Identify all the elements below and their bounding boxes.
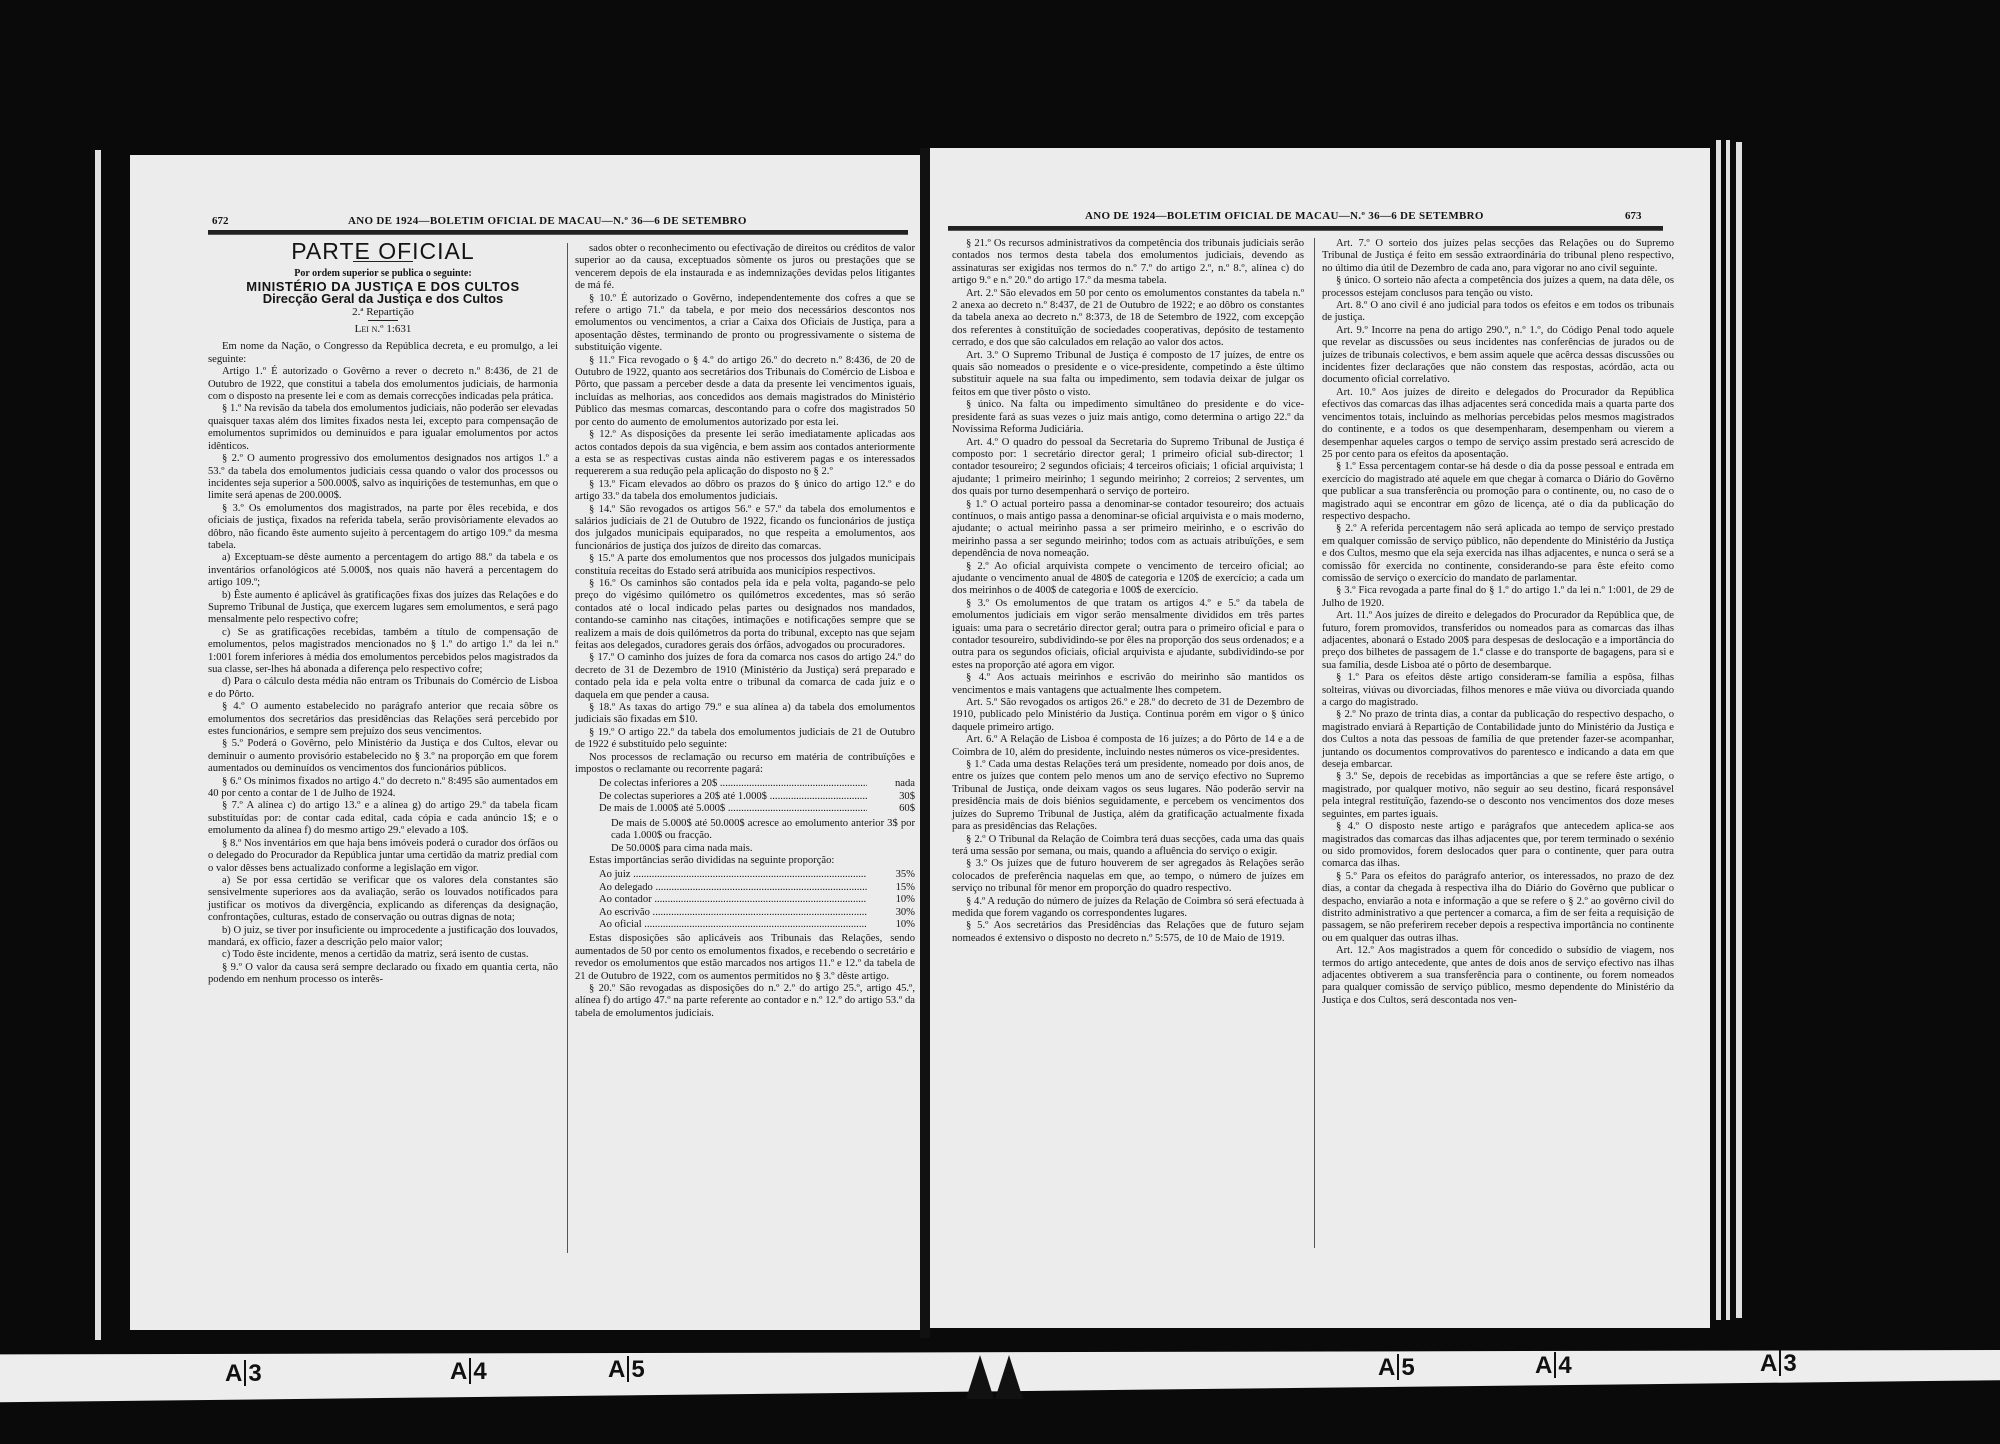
- paragraph: § 8.º Nos inventários em que haja bens i…: [208, 838, 558, 875]
- film-notch-left: [966, 1355, 994, 1399]
- row-label: Ao delegado: [599, 882, 867, 894]
- row-value: 30$: [867, 791, 915, 803]
- paragraph: § 14.º São revogados os artigos 56.º e 5…: [575, 504, 915, 554]
- paragraph: Art. 8.º O ano civil é ano judicial para…: [1322, 300, 1674, 325]
- paragraph: b) Êste aumento é aplicável às gratifica…: [208, 590, 558, 627]
- paragraph: § 3.º Os emolumentos dos magistrados, na…: [208, 503, 558, 553]
- paragraph: § 5.º Para os efeitos do parágrafo anter…: [1322, 871, 1674, 945]
- paragraph: Art. 10.º Aos juízes de direito e delega…: [1322, 387, 1674, 461]
- paragraph: Art. 5.º São revogados os artigos 26.º e…: [952, 697, 1304, 734]
- paragraph: Artigo 1.º É autorizado o Govêrno a reve…: [208, 366, 558, 403]
- paragraph: Art. 11.º Aos juízes de direito e delega…: [1322, 610, 1674, 672]
- department-separator: [368, 320, 398, 321]
- paragraph-list: § 21.º Os recursos administrativos da co…: [952, 238, 1304, 945]
- paragraph: § 4.º O disposto neste artigo e parágraf…: [1322, 821, 1674, 871]
- paragraph: § 7.º A alínea c) do artigo 13.º e a alí…: [208, 800, 558, 837]
- paragraph: c) Se as gratificações recebidas, também…: [208, 627, 558, 677]
- frame-marker: A5: [1378, 1354, 1415, 1382]
- paragraph: § 16.º Os caminhos são contados pela ida…: [575, 578, 915, 652]
- paragraph: Art. 9.º Incorre na pena do artigo 290.º…: [1322, 325, 1674, 387]
- paragraph: Art. 6.º A Relação de Lisboa é composta …: [952, 734, 1304, 759]
- paragraph: § 2.º No prazo de trinta dias, a contar …: [1322, 709, 1674, 771]
- left-column-1: PARTE OFICIAL Por ordem superior se publ…: [208, 243, 558, 987]
- header-rule: [208, 230, 908, 235]
- row-label: De colectas inferiores a 20$: [599, 778, 867, 790]
- paragraph: Em nome da Nação, o Congresso da Repúbli…: [208, 341, 558, 366]
- paragraph: § 6.º Os mínimos fixados no artigo 4.º d…: [208, 776, 558, 801]
- paragraph: De mais de 5.000$ até 50.000$ acresce ao…: [575, 818, 915, 843]
- paragraph: § 19.º O artigo 22.º da tabela dos emolu…: [575, 727, 915, 752]
- paragraph: § 2.º Ao oficial arquivista compete o ve…: [952, 561, 1304, 598]
- paragraph: § 18.º As taxas do artigo 79.º e sua alí…: [575, 702, 915, 727]
- table-row: Ao delegado15%: [599, 882, 915, 894]
- film-notch-right: [995, 1355, 1023, 1399]
- table-row: Ao oficial10%: [599, 919, 915, 931]
- paragraph: § 20.º São revogadas as disposições do n…: [575, 983, 915, 1020]
- frame-marker: A3: [225, 1360, 262, 1388]
- split-table: Ao juiz35%Ao delegado15%Ao contador10%Ao…: [599, 869, 915, 931]
- paragraph: Art. 3.º O Supremo Tribunal de Justiça é…: [952, 350, 1304, 400]
- column-rule: [567, 243, 568, 1253]
- table-row: De colectas superiores a 20$ até 1.000$3…: [599, 791, 915, 803]
- paragraph: § 21.º Os recursos administrativos da co…: [952, 238, 1304, 288]
- frame-marker: A4: [1535, 1352, 1572, 1380]
- paragraph: § 12.º As disposições da presente lei se…: [575, 429, 915, 479]
- right-page: ANO DE 1924—BOLETIM OFICIAL DE MACAU—N.º…: [930, 148, 1710, 1328]
- paragraph: § 17.º O caminho dos juízes de fora da c…: [575, 652, 915, 702]
- header-rule: [948, 226, 1663, 231]
- section-title: PARTE OFICIAL: [208, 245, 558, 257]
- paragraph: § 3.º Os emolumentos de que tratam os ar…: [952, 598, 1304, 672]
- book-edge-right-1: [1716, 140, 1721, 1320]
- paragraph: § 9.º O valor da causa será sempre decla…: [208, 962, 558, 987]
- book-edge-right-2: [1726, 140, 1730, 1320]
- row-value: 10%: [867, 919, 915, 931]
- law-number: Lei n.º 1:631: [208, 323, 558, 335]
- paragraph: § 2.º A referida percentagem não será ap…: [1322, 523, 1674, 585]
- row-label: Ao juiz: [599, 869, 867, 881]
- page-number: 672: [212, 215, 229, 227]
- paragraph: § 13.º Ficam elevados ao dôbro os prazos…: [575, 479, 915, 504]
- running-head: ANO DE 1924—BOLETIM OFICIAL DE MACAU—N.º…: [348, 215, 747, 227]
- paragraph: b) O juiz, se tiver por insuficiente ou …: [208, 925, 558, 950]
- row-value: 35%: [867, 869, 915, 881]
- paragraph: § 1.º Na revisão da tabela dos emolument…: [208, 403, 558, 453]
- table-row: De mais de 1.000$ até 5.000$60$: [599, 803, 915, 815]
- paragraph: § 4.º Aos actuais meirinhos e escrivão d…: [952, 672, 1304, 697]
- fee-table: De colectas inferiores a 20$nadaDe colec…: [599, 778, 915, 815]
- frame-marker: A4: [450, 1358, 487, 1386]
- paragraph: Art. 4.º O quadro do pessoal da Secretar…: [952, 437, 1304, 499]
- paragraph: § 1.º O actual porteiro passa a denomina…: [952, 499, 1304, 561]
- paragraph: § 1.º Para os efeitos dêste artigo consi…: [1322, 672, 1674, 709]
- department-heading: 2.ª Repartição: [208, 306, 558, 318]
- row-label: Ao escrivão: [599, 907, 867, 919]
- paragraph: sados obter o reconhecimento ou efectiva…: [575, 243, 915, 293]
- left-page: 672 ANO DE 1924—BOLETIM OFICIAL DE MACAU…: [130, 155, 920, 1330]
- split-intro: Estas importâncias serão divididas na se…: [575, 855, 915, 867]
- row-value: 60$: [867, 803, 915, 815]
- paragraph: § 2.º O aumento progressivo dos emolumen…: [208, 453, 558, 503]
- paragraph: Art. 2.º São elevados em 50 por cento os…: [952, 288, 1304, 350]
- row-value: 30%: [867, 907, 915, 919]
- paragraph: § 15.º A parte dos emolumentos que nos p…: [575, 553, 915, 578]
- paragraph: § 10.º É autorizado o Govêrno, independe…: [575, 293, 915, 355]
- row-value: 10%: [867, 894, 915, 906]
- row-label: De colectas superiores a 20$ até 1.000$: [599, 791, 867, 803]
- paragraph-list: Estas disposições são aplicáveis aos Tri…: [575, 933, 915, 1020]
- paragraph: § 4.º O aumento estabelecido no parágraf…: [208, 701, 558, 738]
- book-edge-left: [95, 150, 101, 1340]
- paragraph: c) Todo êste incidente, menos a certidão…: [208, 949, 558, 961]
- paragraph: § único. O sorteio não afecta a competên…: [1322, 275, 1674, 300]
- paragraph: § 3.º Fica revogada a parte final do § 1…: [1322, 585, 1674, 610]
- row-value: 15%: [867, 882, 915, 894]
- paragraph: § 11.º Fica revogado o § 4.º do artigo 2…: [575, 355, 915, 429]
- page-number: 673: [1625, 210, 1642, 222]
- table-row: Ao contador10%: [599, 894, 915, 906]
- paragraph: a) Se por essa certidão se verificar que…: [208, 875, 558, 925]
- paragraph-list: Art. 7.º O sorteio dos juízes pelas secç…: [1322, 238, 1674, 1007]
- paragraph: § 3.º Se, depois de recebidas as importâ…: [1322, 771, 1674, 821]
- paragraph: § único. Na falta ou impedimento simultâ…: [952, 399, 1304, 436]
- frame-marker: A3: [1760, 1350, 1797, 1378]
- paragraph: § 5.º Poderá o Govêrno, pelo Ministério …: [208, 738, 558, 775]
- paragraph-list: Em nome da Nação, o Congresso da Repúbli…: [208, 341, 558, 986]
- row-label: Ao contador: [599, 894, 867, 906]
- frame-marker: A5: [608, 1356, 645, 1384]
- book-edge-right-3: [1736, 142, 1742, 1318]
- row-value: nada: [867, 778, 915, 790]
- running-head: ANO DE 1924—BOLETIM OFICIAL DE MACAU—N.º…: [1085, 210, 1484, 222]
- paragraph: § 4.º A redução do número de juízes da R…: [952, 896, 1304, 921]
- paragraph: De 50.000$ para cima nada mais.: [575, 843, 915, 855]
- table-row: Ao juiz35%: [599, 869, 915, 881]
- column-rule: [1314, 238, 1315, 1248]
- book-gutter: [920, 148, 930, 1338]
- paragraph: § 1.º Cada uma destas Relações terá um p…: [952, 759, 1304, 833]
- paragraph: Art. 7.º O sorteio dos juízes pelas secç…: [1322, 238, 1674, 275]
- paragraph: Estas disposições são aplicáveis aos Tri…: [575, 933, 915, 983]
- paragraph: § 2.º O Tribunal da Relação de Coimbra t…: [952, 834, 1304, 859]
- table-row: De colectas inferiores a 20$nada: [599, 778, 915, 790]
- paragraph: § 5.º Aos secretários das Presidências d…: [952, 920, 1304, 945]
- directorate-heading: Direcção Geral da Justiça e dos Cultos: [208, 293, 558, 305]
- paragraph-list: sados obter o reconhecimento ou efectiva…: [575, 243, 915, 776]
- paragraph: Nos processos de reclamação ou recurso e…: [575, 752, 915, 777]
- fee-notes: De mais de 5.000$ até 50.000$ acresce ao…: [575, 818, 915, 855]
- right-column-2: Art. 7.º O sorteio dos juízes pelas secç…: [1322, 238, 1674, 1007]
- paragraph: § 3.º Os juízes que de futuro houverem d…: [952, 858, 1304, 895]
- paragraph: § 1.º Essa percentagem contar-se há desd…: [1322, 461, 1674, 523]
- row-label: De mais de 1.000$ até 5.000$: [599, 803, 867, 815]
- paragraph: d) Para o cálculo desta média não entram…: [208, 676, 558, 701]
- row-label: Ao oficial: [599, 919, 867, 931]
- table-row: Ao escrivão30%: [599, 907, 915, 919]
- left-column-2: sados obter o reconhecimento ou efectiva…: [575, 243, 915, 1020]
- right-column-1: § 21.º Os recursos administrativos da co…: [952, 238, 1304, 945]
- paragraph: Art. 12.º Aos magistrados a quem fôr con…: [1322, 945, 1674, 1007]
- paragraph: a) Exceptuam-se dêste aumento a percenta…: [208, 552, 558, 589]
